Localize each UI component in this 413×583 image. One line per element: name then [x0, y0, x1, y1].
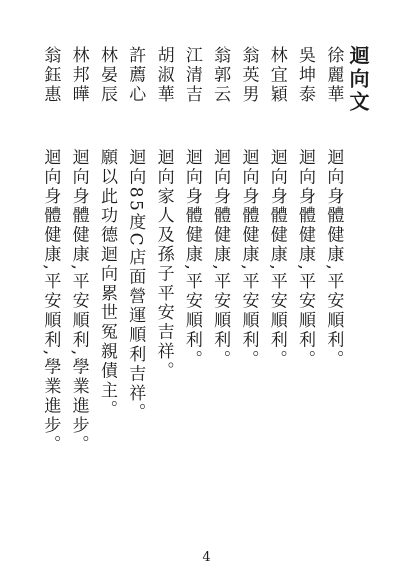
entry-name: 林邦曄	[67, 46, 92, 148]
dedication-entry: 江清吉 迴向身體健康,平安順利。	[178, 0, 206, 583]
dedication-entry: 吳坤泰 迴向身體健康,平安順利。	[291, 0, 319, 583]
dedication-entry: 翁英男 迴向身體健康,平安順利。	[235, 0, 263, 583]
entry-name: 胡淑華	[152, 46, 177, 148]
dedication-entries: 徐麗華 迴向身體健康,平安順利。 吳坤泰 迴向身體健康,平安順利。 林宜穎 迴向…	[37, 0, 348, 583]
entry-dedication: 願以此功德迴向累世冤親債主。	[95, 148, 120, 420]
entry-dedication: 迴向身體健康,平安順利。	[321, 148, 346, 369]
dedication-entry: 胡淑華 迴向家人及孫子平安吉祥。	[150, 0, 178, 583]
dedication-entry: 翁鈺惠 迴向身體健康,平安順利,學業進步。	[37, 0, 65, 583]
entry-dedication: 迴向身體健康,平安順利。	[265, 148, 290, 369]
dedication-entry: 翁郭云 迴向身體健康,平安順利。	[207, 0, 235, 583]
document-page: 迴向文 徐麗華 迴向身體健康,平安順利。 吳坤泰 迴向身體健康,平安順利。 林宜…	[0, 0, 413, 583]
entry-name: 江清吉	[180, 46, 205, 148]
entry-name: 林宜穎	[265, 46, 290, 148]
entry-name: 翁鈺惠	[38, 46, 63, 148]
entry-dedication: 迴向身體健康,平安順利。	[236, 148, 261, 369]
entry-name: 許薦心	[123, 46, 148, 148]
entry-dedication: 迴向身體健康,平安順利,學業進步。	[67, 148, 92, 455]
entry-name: 徐麗華	[321, 46, 346, 148]
dedication-entry: 林邦曄 迴向身體健康,平安順利,學業進步。	[65, 0, 93, 583]
entry-dedication: 迴向85度C店面營運順利吉祥。	[123, 148, 148, 423]
entry-name: 翁郭云	[208, 46, 233, 148]
entry-dedication: 迴向身體健康,平安順利,學業進步。	[38, 148, 63, 455]
entry-dedication: 迴向身體健康,平安順利。	[293, 148, 318, 369]
dedication-entry: 許薦心 迴向85度C店面營運順利吉祥。	[122, 0, 150, 583]
dedication-entry: 徐麗華 迴向身體健康,平安順利。	[320, 0, 348, 583]
dedication-entry: 林宜穎 迴向身體健康,平安順利。	[263, 0, 291, 583]
page-title: 迴向文	[344, 45, 373, 114]
entry-name: 吳坤泰	[293, 46, 318, 148]
dedication-entry: 林晏辰 願以此功德迴向累世冤親債主。	[93, 0, 121, 583]
entry-dedication: 迴向身體健康,平安順利。	[180, 148, 205, 369]
entry-dedication: 迴向家人及孫子平安吉祥。	[152, 148, 177, 381]
entry-name: 翁英男	[236, 46, 261, 148]
page-number: 4	[0, 550, 413, 565]
entry-name: 林晏辰	[95, 46, 120, 148]
entry-dedication: 迴向身體健康,平安順利。	[208, 148, 233, 369]
